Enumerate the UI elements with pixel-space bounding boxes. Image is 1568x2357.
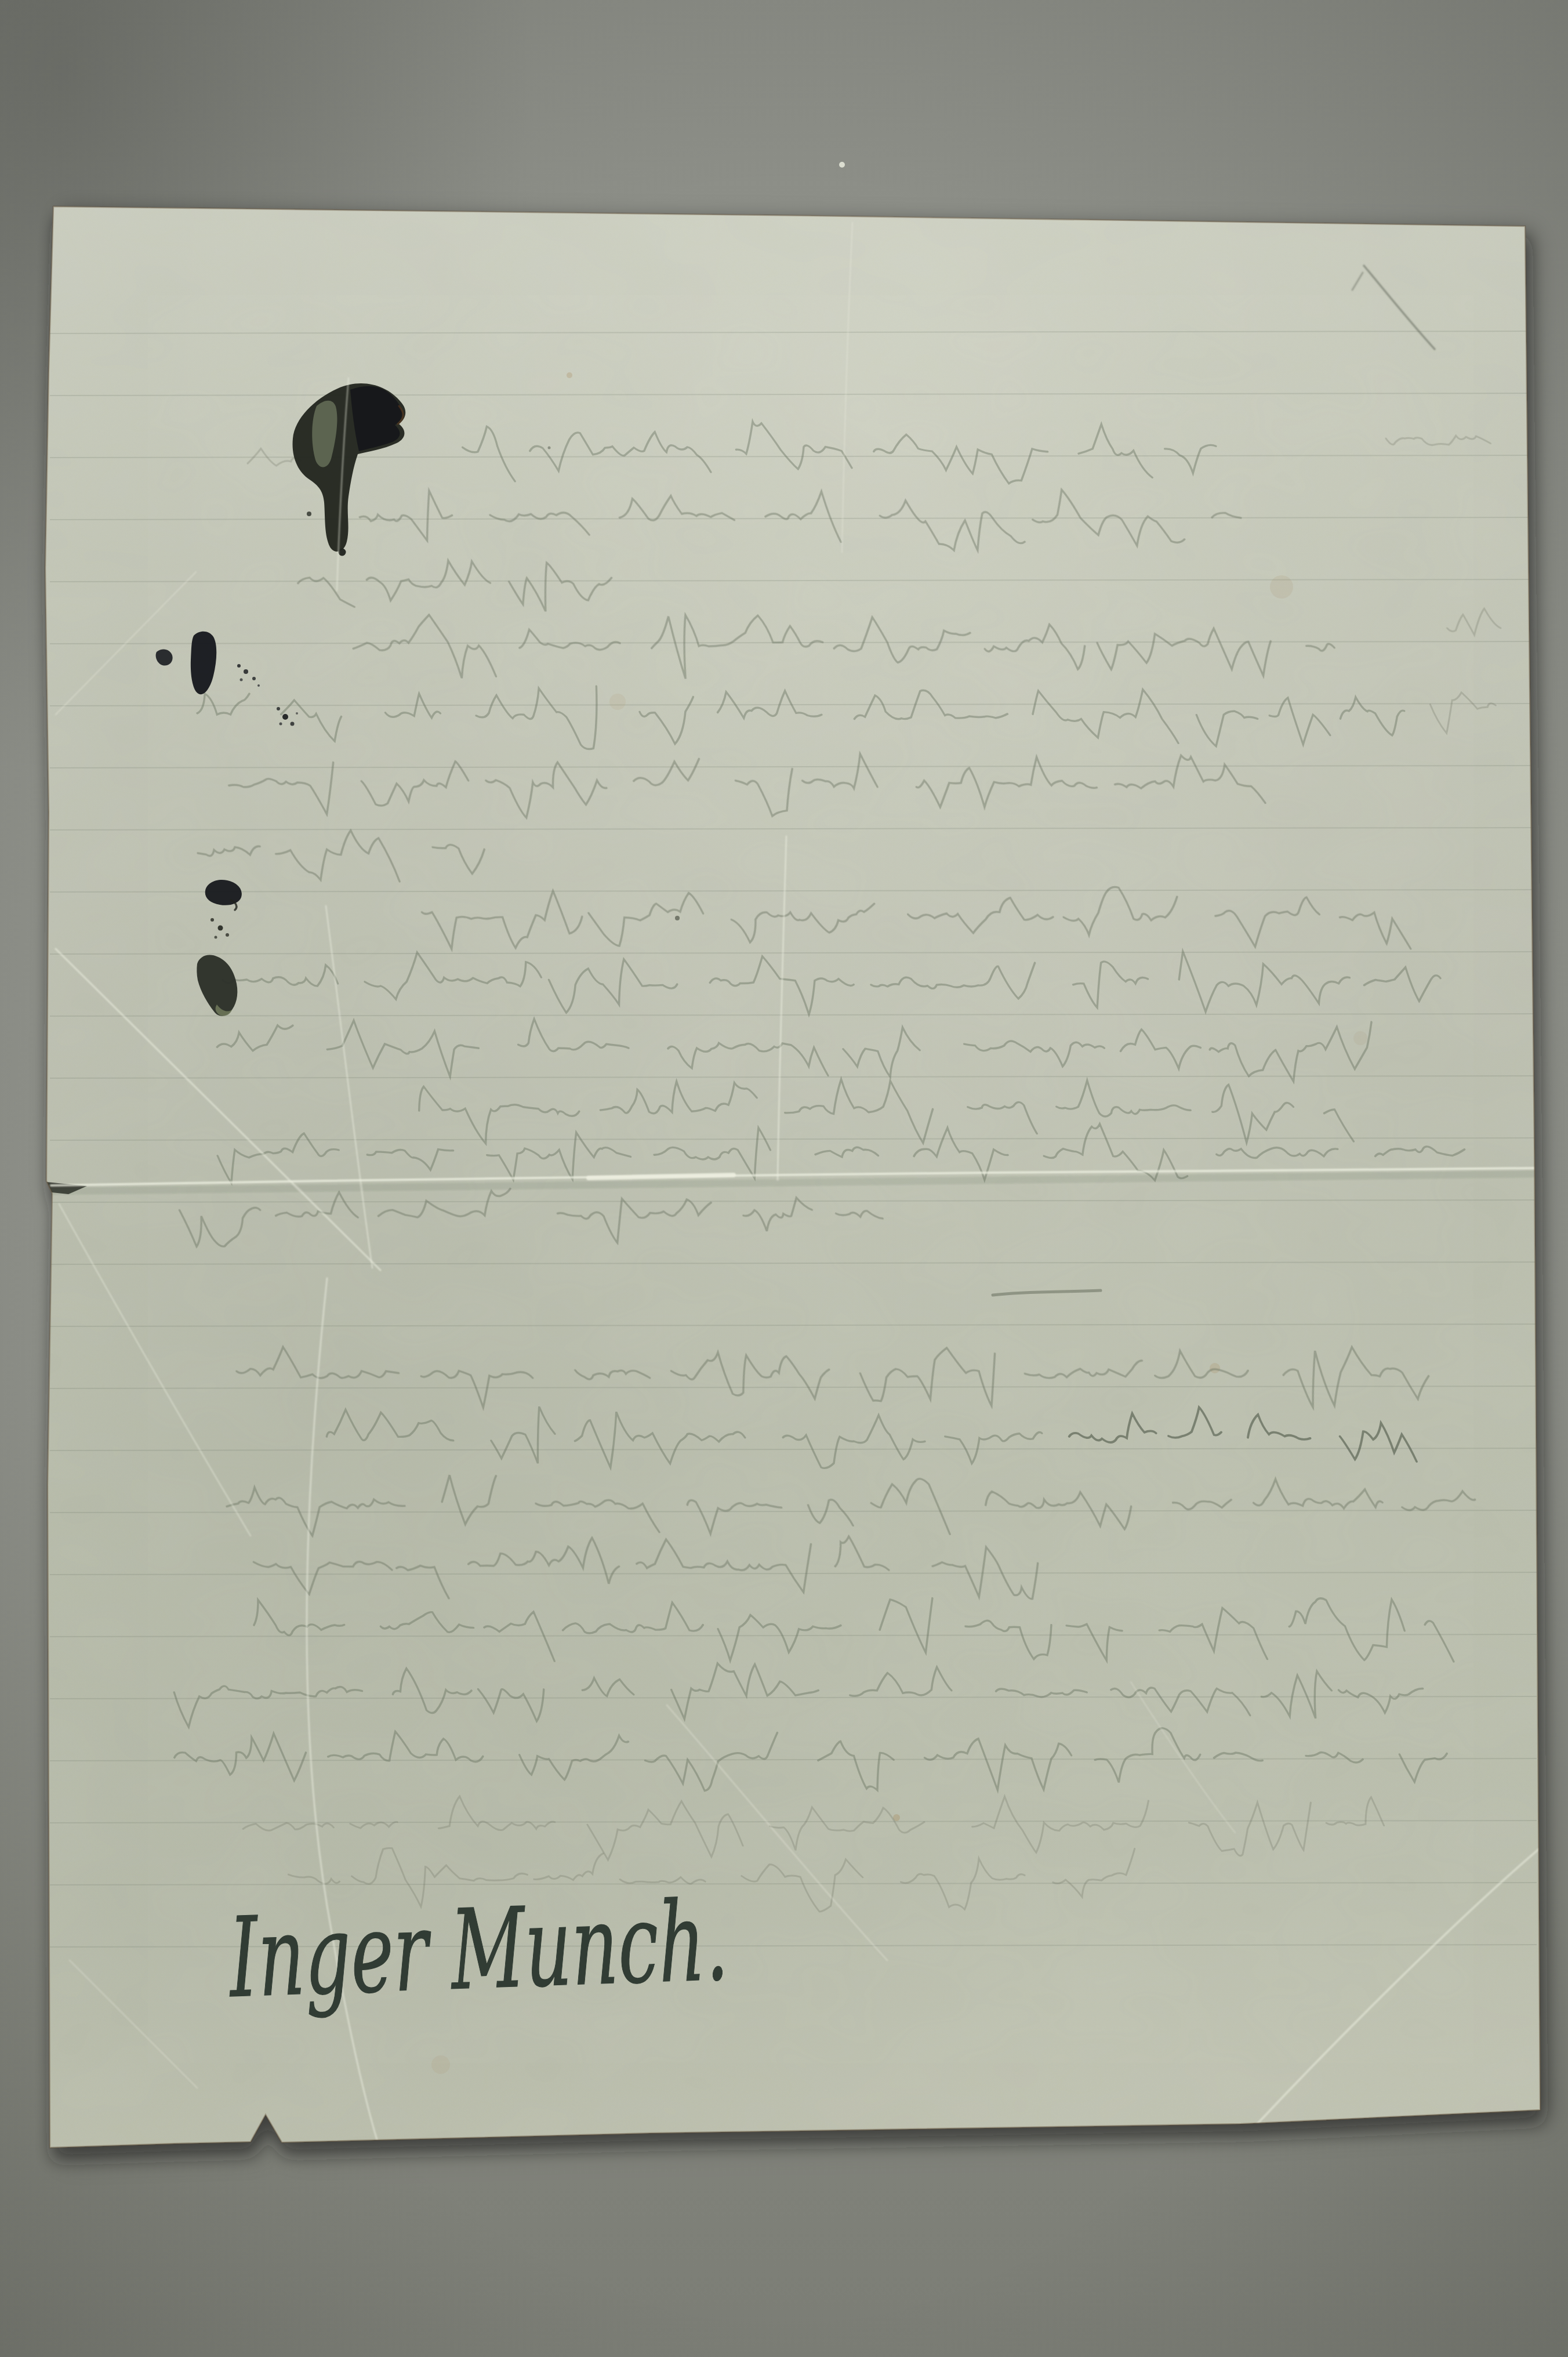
ink-speck — [282, 714, 288, 720]
ink-speck — [237, 664, 241, 668]
dust-speck — [839, 162, 845, 168]
ink-speck — [252, 677, 256, 680]
ink-speck — [257, 684, 260, 687]
letter-scan-photo: Inger Munch. — [0, 0, 1568, 2357]
age-spot — [567, 372, 572, 378]
ink-speck — [548, 447, 551, 449]
age-spot — [609, 694, 626, 710]
age-spot — [1353, 1031, 1367, 1045]
ink-speck — [240, 679, 243, 681]
ink-speck — [675, 916, 680, 920]
ink-speck — [277, 707, 280, 710]
ink-speck — [280, 723, 282, 726]
ink-speck — [339, 549, 346, 556]
age-spot — [1210, 1363, 1220, 1373]
ink-speck — [218, 926, 223, 931]
ink-speck — [244, 669, 248, 674]
fold-scuff — [589, 1175, 734, 1178]
signature-text: Inger Munch. — [226, 1877, 730, 2022]
ink-speck — [226, 933, 229, 937]
ink-speck — [210, 918, 214, 922]
age-spot — [1270, 575, 1293, 599]
ink-speck — [307, 512, 311, 516]
ink-speck — [291, 722, 295, 726]
ink-speck — [215, 936, 217, 939]
age-spot — [431, 2055, 450, 2074]
ink-speck — [296, 712, 298, 715]
backdrop-dust — [839, 162, 845, 168]
